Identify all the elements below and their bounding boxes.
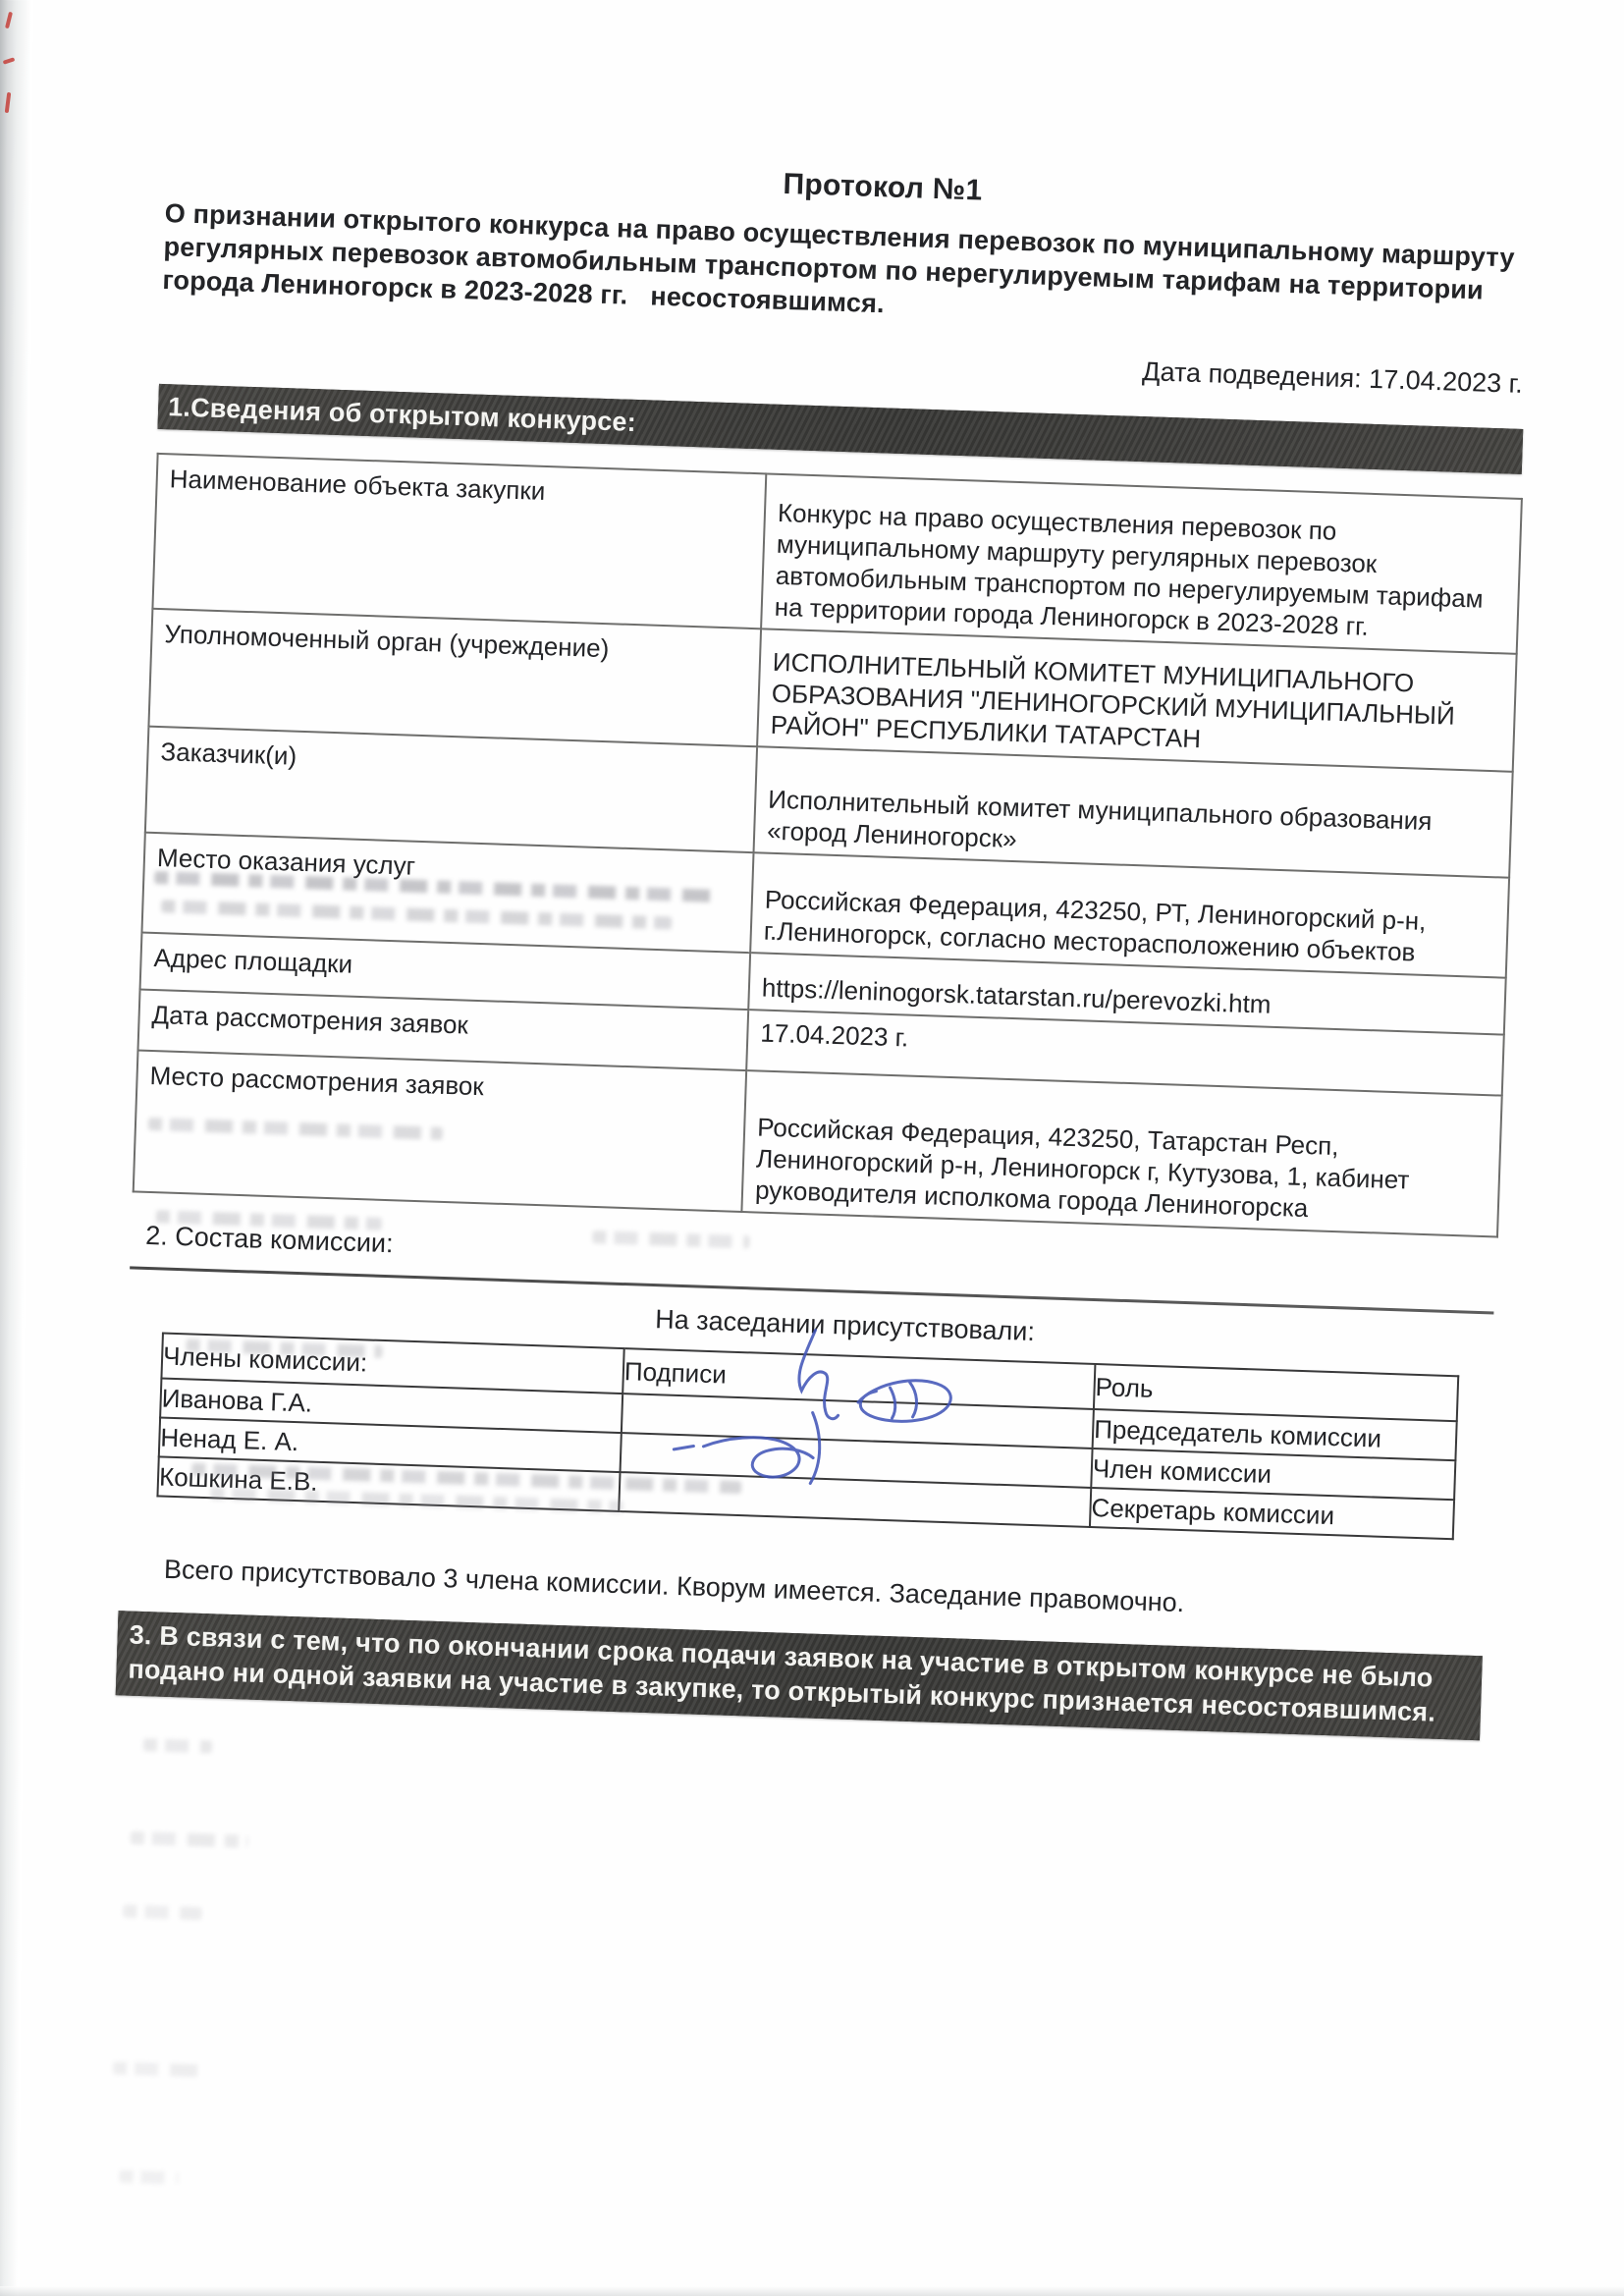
date-line: Дата подведения: 17.04.2023 г.: [160, 324, 1525, 400]
page-edge-shadow: [0, 2286, 1624, 2296]
row-label: Уполномоченный орган (учреждение): [148, 609, 761, 746]
section2-heading: 2. Состав комиссии:: [145, 1221, 1495, 1296]
page-edge-shadow: [0, 0, 33, 2296]
bleedthrough-artifact: [123, 1905, 201, 1921]
document-content: Протокол №1 О признании открытого конкур…: [116, 147, 1532, 1740]
bleedthrough-artifact: [119, 2170, 178, 2185]
bleedthrough-artifact: [113, 2061, 201, 2077]
row-value: Российская Федерация, 423250, Татарстан …: [741, 1070, 1501, 1236]
row-label: Наименование объекта закупки: [152, 454, 766, 629]
bleedthrough-artifact: [143, 1738, 212, 1753]
quorum-note: Всего присутствовало 3 члена комиссии. К…: [163, 1555, 1484, 1629]
signature-ink-icon: [663, 1314, 963, 1496]
bleedthrough-artifact: [131, 1831, 248, 1848]
row-label: Заказчик(и): [145, 727, 757, 852]
section3-header-bar: 3. В связи с тем, что по окончании срока…: [116, 1611, 1483, 1740]
contest-info-table: Наименование объекта закупки Конкурс на …: [133, 453, 1523, 1238]
scanned-protocol-page: Протокол №1 О признании открытого конкур…: [0, 0, 1624, 2296]
row-value: Конкурс на право осуществления перевозок…: [761, 473, 1522, 653]
